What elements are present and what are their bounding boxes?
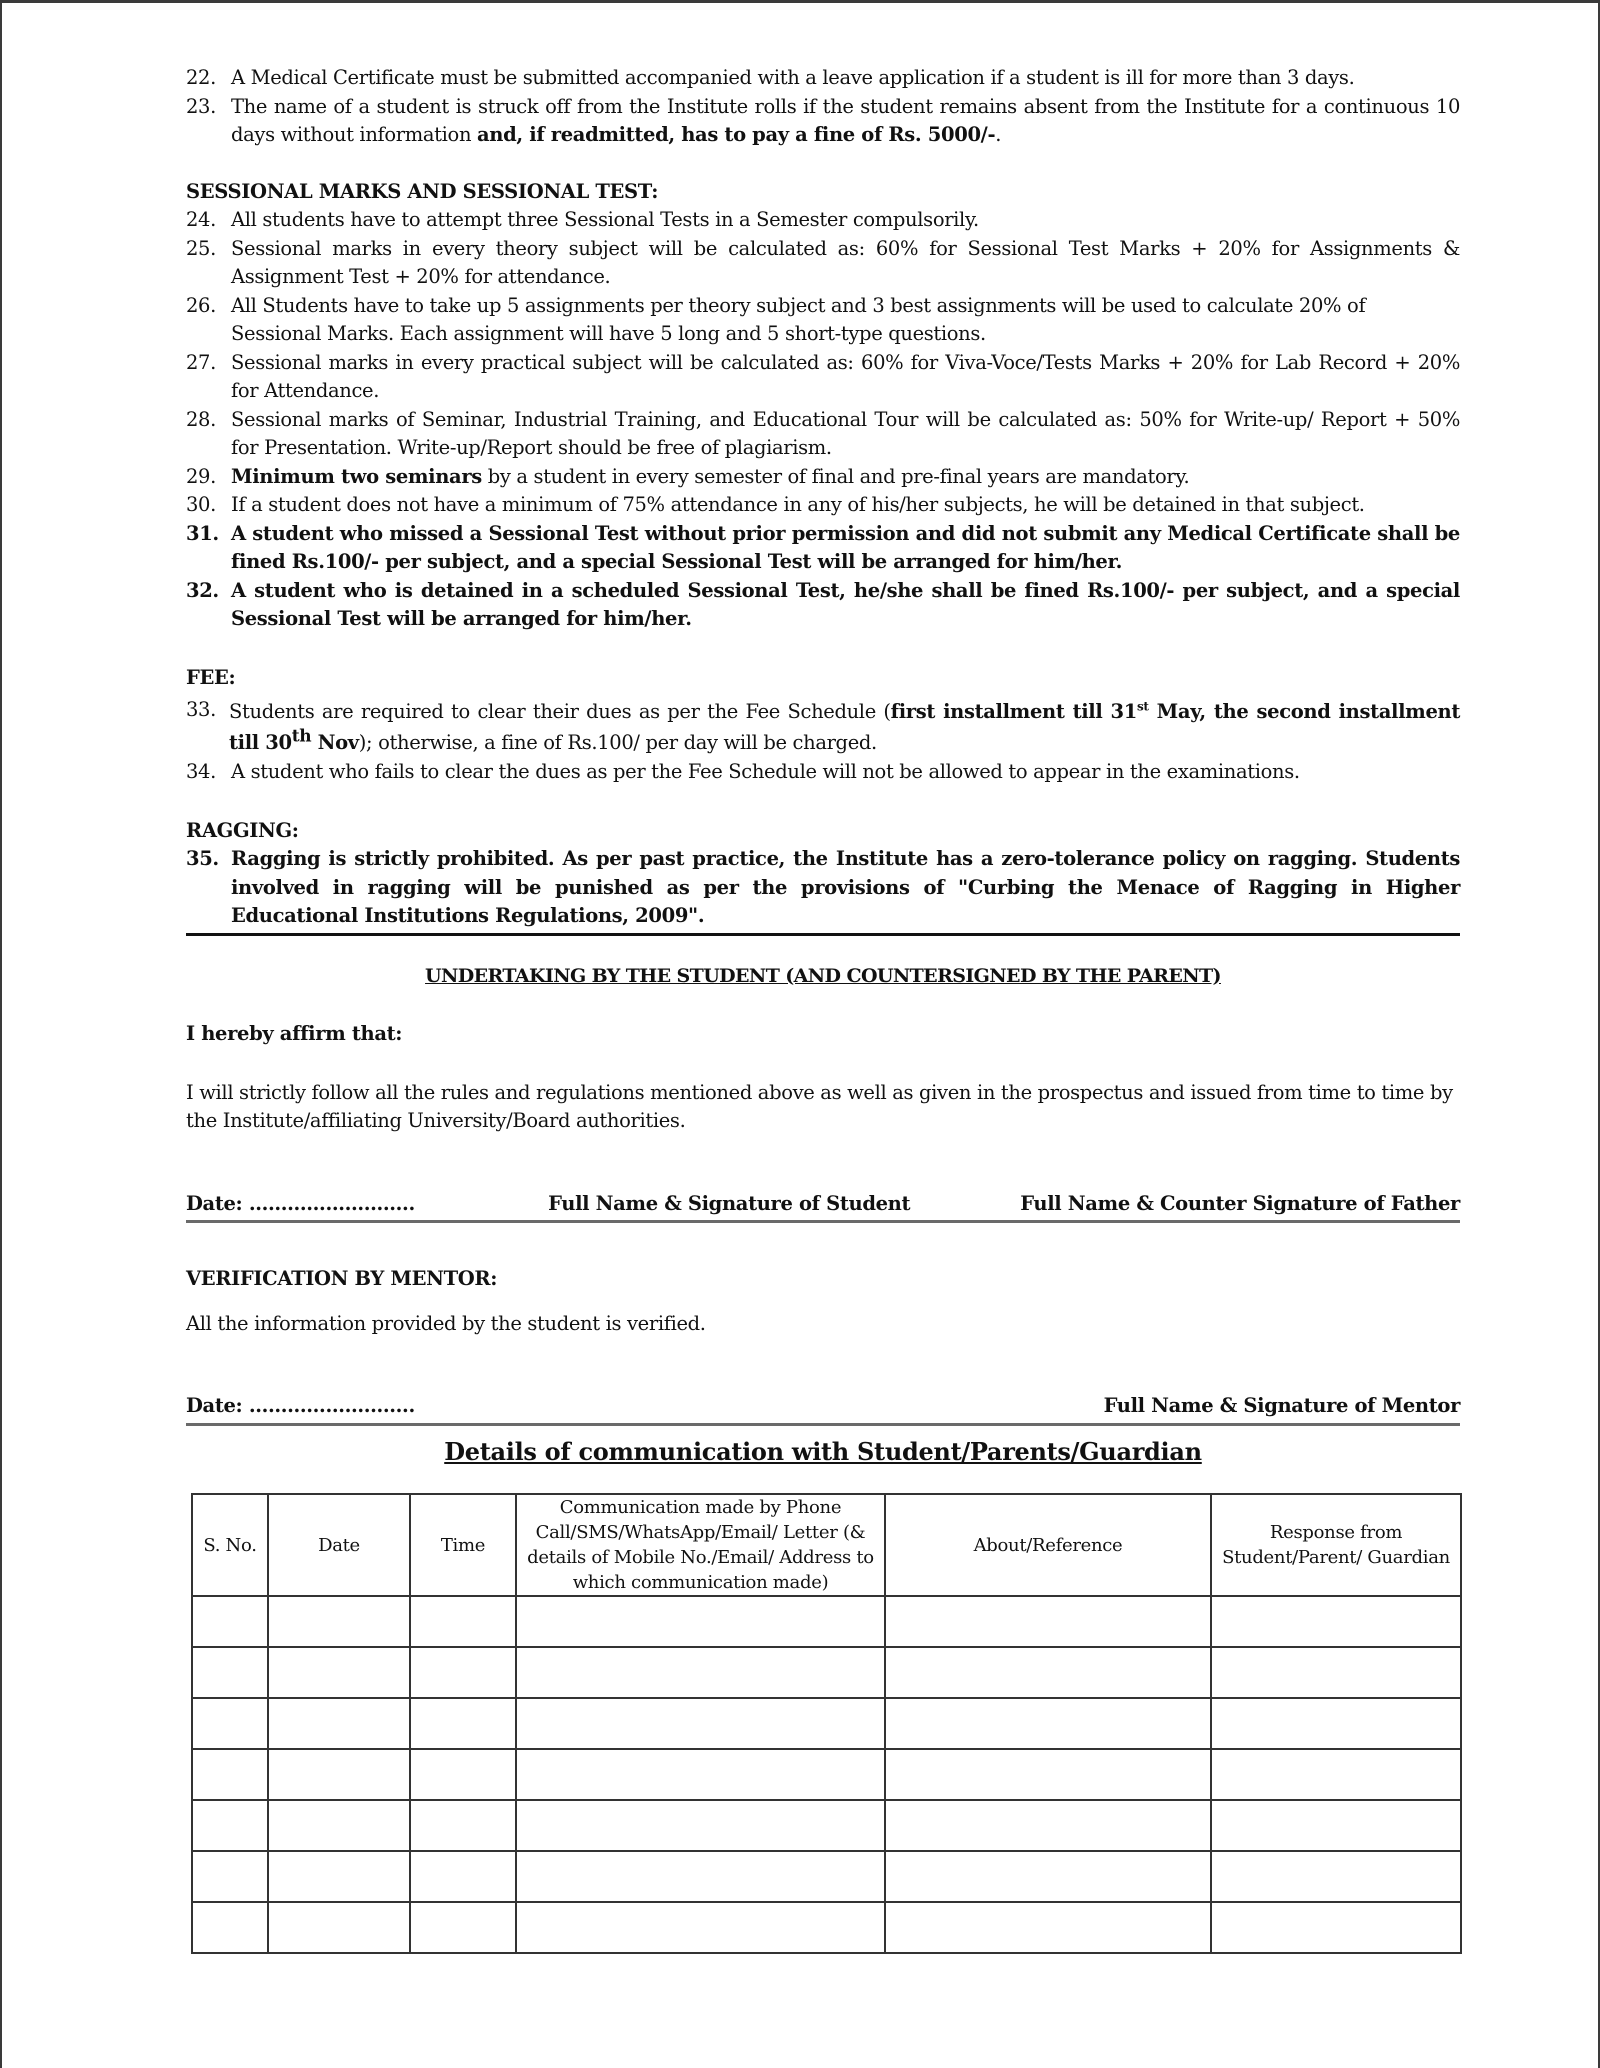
table-cell[interactable] <box>192 1749 268 1800</box>
table-cell[interactable] <box>1211 1749 1461 1800</box>
table-cell[interactable] <box>885 1749 1211 1800</box>
rule-text: Sessional marks in every practical subje… <box>231 349 1460 406</box>
rule-item: 32.A student who is detained in a schedu… <box>186 577 1460 634</box>
table-cell[interactable] <box>268 1698 410 1749</box>
affirm-label: I hereby affirm that: <box>186 1020 1460 1049</box>
rule-text: A student who fails to clear the dues as… <box>231 758 1460 787</box>
rule-text: The name of a student is struck off from… <box>231 93 1460 150</box>
rule-text-bold: and, if readmitted, has to pay a fine of… <box>477 123 995 146</box>
table-cell[interactable] <box>410 1698 516 1749</box>
table-cell[interactable] <box>410 1647 516 1698</box>
date-field[interactable]: Date: …………………….. <box>186 1190 496 1219</box>
rule-item: 22. A Medical Certificate must be submit… <box>186 64 1460 93</box>
section-heading-sessional: SESSIONAL MARKS AND SESSIONAL TEST: <box>186 178 1460 207</box>
table-cell[interactable] <box>410 1596 516 1647</box>
rule-item: 35. Ragging is strictly prohibited. As p… <box>186 845 1460 931</box>
table-cell[interactable] <box>268 1596 410 1647</box>
table-cell[interactable] <box>516 1749 885 1800</box>
table-cell[interactable] <box>192 1851 268 1902</box>
table-cell[interactable] <box>268 1902 410 1953</box>
column-header: Date <box>268 1494 410 1596</box>
rule-item: 34. A student who fails to clear the due… <box>186 758 1460 787</box>
table-cell[interactable] <box>268 1851 410 1902</box>
undertaking-statement: I will strictly follow all the rules and… <box>186 1079 1460 1136</box>
table-cell[interactable] <box>516 1851 885 1902</box>
table-cell[interactable] <box>1211 1851 1461 1902</box>
table-row <box>192 1902 1461 1953</box>
rule-item: 33. Students are required to clear their… <box>186 696 1460 758</box>
table-cell[interactable] <box>1211 1902 1461 1953</box>
undertaking-title: UNDERTAKING BY THE STUDENT (AND COUNTERS… <box>186 962 1460 991</box>
mentor-heading: VERIFICATION BY MENTOR: <box>186 1265 1460 1294</box>
rule-item: 24.All students have to attempt three Se… <box>186 206 1460 235</box>
rule-item: 29.Minimum two seminars by a student in … <box>186 463 1460 492</box>
rule-text-tail: . <box>995 123 1001 146</box>
rule-number: 33. <box>186 696 229 758</box>
rule-item: 27.Sessional marks in every practical su… <box>186 349 1460 406</box>
rule-text: A Medical Certificate must be submitted … <box>231 64 1460 93</box>
table-row <box>192 1596 1461 1647</box>
student-signature-label: Full Name & Signature of Student <box>548 1190 968 1219</box>
rule-item: 26.All Students have to take up 5 assign… <box>186 292 1460 349</box>
date-field[interactable]: Date: …………………….. <box>186 1392 496 1421</box>
table-cell[interactable] <box>192 1800 268 1851</box>
table-cell[interactable] <box>885 1647 1211 1698</box>
mentor-signature-row: Date: …………………….. Full Name & Signature o… <box>186 1392 1460 1426</box>
rule-number: 30. <box>186 491 231 520</box>
section-heading-ragging: RAGGING: <box>186 817 1460 846</box>
rule-number: 35. <box>186 845 231 931</box>
table-cell[interactable] <box>410 1851 516 1902</box>
rule-item: 23. The name of a student is struck off … <box>186 93 1460 150</box>
table-cell[interactable] <box>192 1902 268 1953</box>
mentor-statement: All the information provided by the stud… <box>186 1310 1460 1339</box>
table-row <box>192 1851 1461 1902</box>
table-row <box>192 1800 1461 1851</box>
rule-number: 22. <box>186 64 231 93</box>
table-cell[interactable] <box>1211 1800 1461 1851</box>
table-row <box>192 1647 1461 1698</box>
rule-item: 31.A student who missed a Sessional Test… <box>186 520 1460 577</box>
rule-text-plain: Students are required to clear their due… <box>229 700 891 723</box>
mentor-signature-label: Full Name & Signature of Mentor <box>1104 1392 1460 1421</box>
rule-number: 25. <box>186 235 231 292</box>
table-cell[interactable] <box>192 1596 268 1647</box>
rule-number: 26. <box>186 292 231 349</box>
table-cell[interactable] <box>516 1647 885 1698</box>
table-cell[interactable] <box>268 1647 410 1698</box>
table-cell[interactable] <box>885 1596 1211 1647</box>
table-cell[interactable] <box>410 1749 516 1800</box>
student-signature-row: Date: …………………….. Full Name & Signature o… <box>186 1190 1460 1224</box>
table-header-row: S. No.DateTimeCommunication made by Phon… <box>192 1494 1461 1596</box>
table-cell[interactable] <box>410 1800 516 1851</box>
rule-text: Minimum two seminars by a student in eve… <box>231 463 1460 492</box>
rule-number: 27. <box>186 349 231 406</box>
table-row <box>192 1698 1461 1749</box>
rule-text-plain: ); otherwise, a fine of Rs.100/ per day … <box>359 731 877 754</box>
rule-number: 29. <box>186 463 231 492</box>
table-cell[interactable] <box>885 1698 1211 1749</box>
section-divider <box>186 933 1460 936</box>
communication-table: S. No.DateTimeCommunication made by Phon… <box>191 1493 1462 1954</box>
table-cell[interactable] <box>1211 1647 1461 1698</box>
table-body <box>192 1596 1461 1953</box>
rule-text: If a student does not have a minimum of … <box>231 491 1460 520</box>
rule-number: 24. <box>186 206 231 235</box>
column-header: S. No. <box>192 1494 268 1596</box>
table-cell[interactable] <box>885 1902 1211 1953</box>
communication-title: Details of communication with Student/Pa… <box>186 1438 1460 1467</box>
table-row <box>192 1749 1461 1800</box>
table-cell[interactable] <box>268 1749 410 1800</box>
rule-item: 30.If a student does not have a minimum … <box>186 491 1460 520</box>
rule-number: 32. <box>186 577 231 634</box>
document-body: 22. A Medical Certificate must be submit… <box>186 64 1460 1466</box>
table-cell[interactable] <box>885 1851 1211 1902</box>
table-cell[interactable] <box>1211 1698 1461 1749</box>
table-cell[interactable] <box>516 1698 885 1749</box>
rule-number: 23. <box>186 93 231 150</box>
rule-text: All Students have to take up 5 assignmen… <box>231 292 1460 349</box>
rule-text: All students have to attempt three Sessi… <box>231 206 1460 235</box>
rule-text: Students are required to clear their due… <box>229 696 1460 758</box>
rule-item: 25.Sessional marks in every theory subje… <box>186 235 1460 292</box>
rule-text: Ragging is strictly prohibited. As per p… <box>231 845 1460 931</box>
table-cell[interactable] <box>268 1800 410 1851</box>
rule-number: 34. <box>186 758 231 787</box>
table-cell[interactable] <box>192 1698 268 1749</box>
column-header: Communication made by Phone Call/SMS/Wha… <box>516 1494 885 1596</box>
rule-number: 28. <box>186 406 231 463</box>
column-header: About/Reference <box>885 1494 1211 1596</box>
table-cell[interactable] <box>192 1647 268 1698</box>
rule-text: A student who is detained in a scheduled… <box>231 577 1460 634</box>
sessional-rules-list: 24.All students have to attempt three Se… <box>186 206 1460 634</box>
column-header: Response from Student/Parent/ Guardian <box>1211 1494 1461 1596</box>
table-cell[interactable] <box>885 1800 1211 1851</box>
table-cell[interactable] <box>516 1902 885 1953</box>
rule-number: 31. <box>186 520 231 577</box>
table-cell[interactable] <box>516 1596 885 1647</box>
table-cell[interactable] <box>516 1800 885 1851</box>
father-signature-label: Full Name & Counter Signature of Father <box>1020 1190 1460 1219</box>
table-cell[interactable] <box>410 1902 516 1953</box>
rule-text: Sessional marks in every theory subject … <box>231 235 1460 292</box>
column-header: Time <box>410 1494 516 1596</box>
rule-item: 28.Sessional marks of Seminar, Industria… <box>186 406 1460 463</box>
section-heading-fee: FEE: <box>186 664 1460 693</box>
table-cell[interactable] <box>1211 1596 1461 1647</box>
rule-text: Sessional marks of Seminar, Industrial T… <box>231 406 1460 463</box>
rule-text: A student who missed a Sessional Test wi… <box>231 520 1460 577</box>
